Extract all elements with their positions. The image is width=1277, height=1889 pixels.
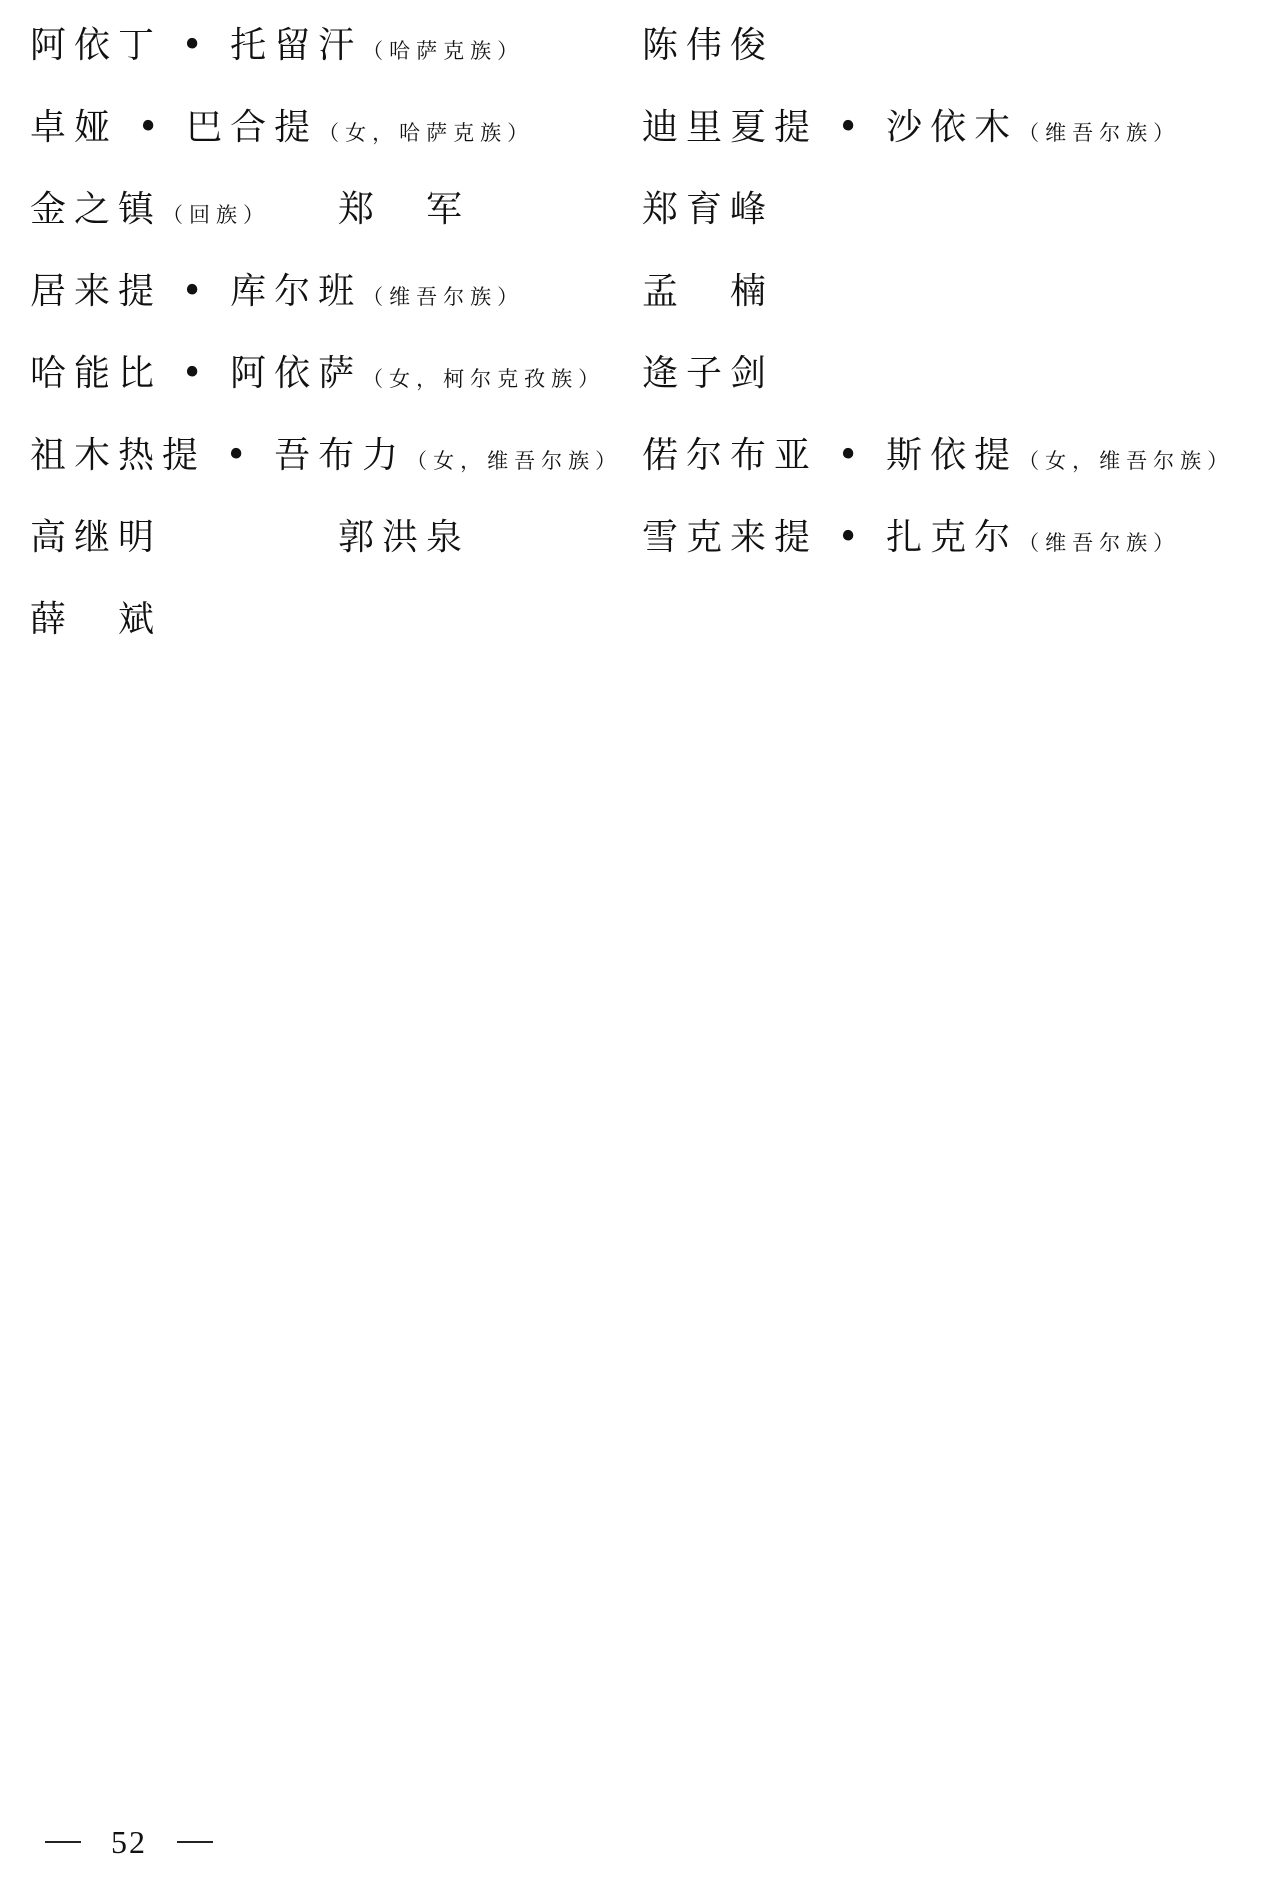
ethnicity-note: （女，柯尔克孜族） bbox=[362, 367, 605, 391]
name-entry: 雪克来提 • 扎克尔（维吾尔族） bbox=[642, 516, 1180, 564]
name-text: 居来提 • 库尔班 bbox=[30, 271, 362, 312]
ethnicity-note: （维吾尔族） bbox=[1018, 121, 1180, 145]
ethnicity-note: （维吾尔族） bbox=[362, 285, 524, 309]
name-text: 郑 军 bbox=[338, 189, 470, 230]
name-text: 偌尔布亚 • 斯依提 bbox=[642, 435, 1018, 476]
name-text: 陈伟俊 bbox=[642, 25, 774, 66]
name-entry: 居来提 • 库尔班（维吾尔族） bbox=[30, 270, 524, 318]
name-entry: 偌尔布亚 • 斯依提（女，维吾尔族） bbox=[642, 434, 1234, 482]
ethnicity-note: （回族） bbox=[162, 203, 270, 227]
name-entry: 郭洪泉 bbox=[338, 516, 470, 560]
name-text: 郑育峰 bbox=[642, 189, 774, 230]
name-entry: 郑 军 bbox=[338, 188, 470, 232]
name-entry: 孟 楠 bbox=[642, 270, 774, 314]
ethnicity-note: （女，维吾尔族） bbox=[1018, 449, 1234, 473]
dash-right bbox=[177, 1841, 213, 1843]
name-entry: 卓娅 • 巴合提（女，哈萨克族） bbox=[30, 106, 534, 154]
ethnicity-note: （维吾尔族） bbox=[1018, 531, 1180, 555]
name-text: 雪克来提 • 扎克尔 bbox=[642, 517, 1018, 558]
name-entry: 陈伟俊 bbox=[642, 24, 774, 68]
name-text: 迪里夏提 • 沙依木 bbox=[642, 107, 1018, 148]
ethnicity-note: （女，维吾尔族） bbox=[406, 449, 622, 473]
name-text: 哈能比 • 阿依萨 bbox=[30, 353, 362, 394]
document-page: 阿依丁 • 托留汗（哈萨克族） 陈伟俊 卓娅 • 巴合提（女，哈萨克族） 迪里夏… bbox=[0, 0, 1277, 1889]
name-text: 高继明 bbox=[30, 517, 162, 558]
name-text: 卓娅 • 巴合提 bbox=[30, 107, 318, 148]
name-text: 孟 楠 bbox=[642, 271, 774, 312]
page-number: 52 bbox=[45, 1822, 213, 1862]
page-number-text: 52 bbox=[111, 1822, 147, 1862]
name-entry: 薛 斌 bbox=[30, 598, 162, 642]
name-entry: 祖木热提 • 吾布力（女，维吾尔族） bbox=[30, 434, 622, 482]
dash-left bbox=[45, 1841, 81, 1843]
name-entry: 阿依丁 • 托留汗（哈萨克族） bbox=[30, 24, 524, 72]
name-text: 郭洪泉 bbox=[338, 517, 470, 558]
name-entry: 迪里夏提 • 沙依木（维吾尔族） bbox=[642, 106, 1180, 154]
name-text: 阿依丁 • 托留汗 bbox=[30, 25, 362, 66]
ethnicity-note: （女，哈萨克族） bbox=[318, 121, 534, 145]
name-entry: 郑育峰 bbox=[642, 188, 774, 232]
name-text: 逄子剑 bbox=[642, 353, 774, 394]
name-text: 薛 斌 bbox=[30, 599, 162, 640]
name-entry: 高继明 bbox=[30, 516, 162, 560]
name-entry: 逄子剑 bbox=[642, 352, 774, 396]
name-text: 祖木热提 • 吾布力 bbox=[30, 435, 406, 476]
ethnicity-note: （哈萨克族） bbox=[362, 39, 524, 63]
name-text: 金之镇 bbox=[30, 189, 162, 230]
name-entry: 金之镇（回族） bbox=[30, 188, 270, 236]
name-entry: 哈能比 • 阿依萨（女，柯尔克孜族） bbox=[30, 352, 605, 400]
